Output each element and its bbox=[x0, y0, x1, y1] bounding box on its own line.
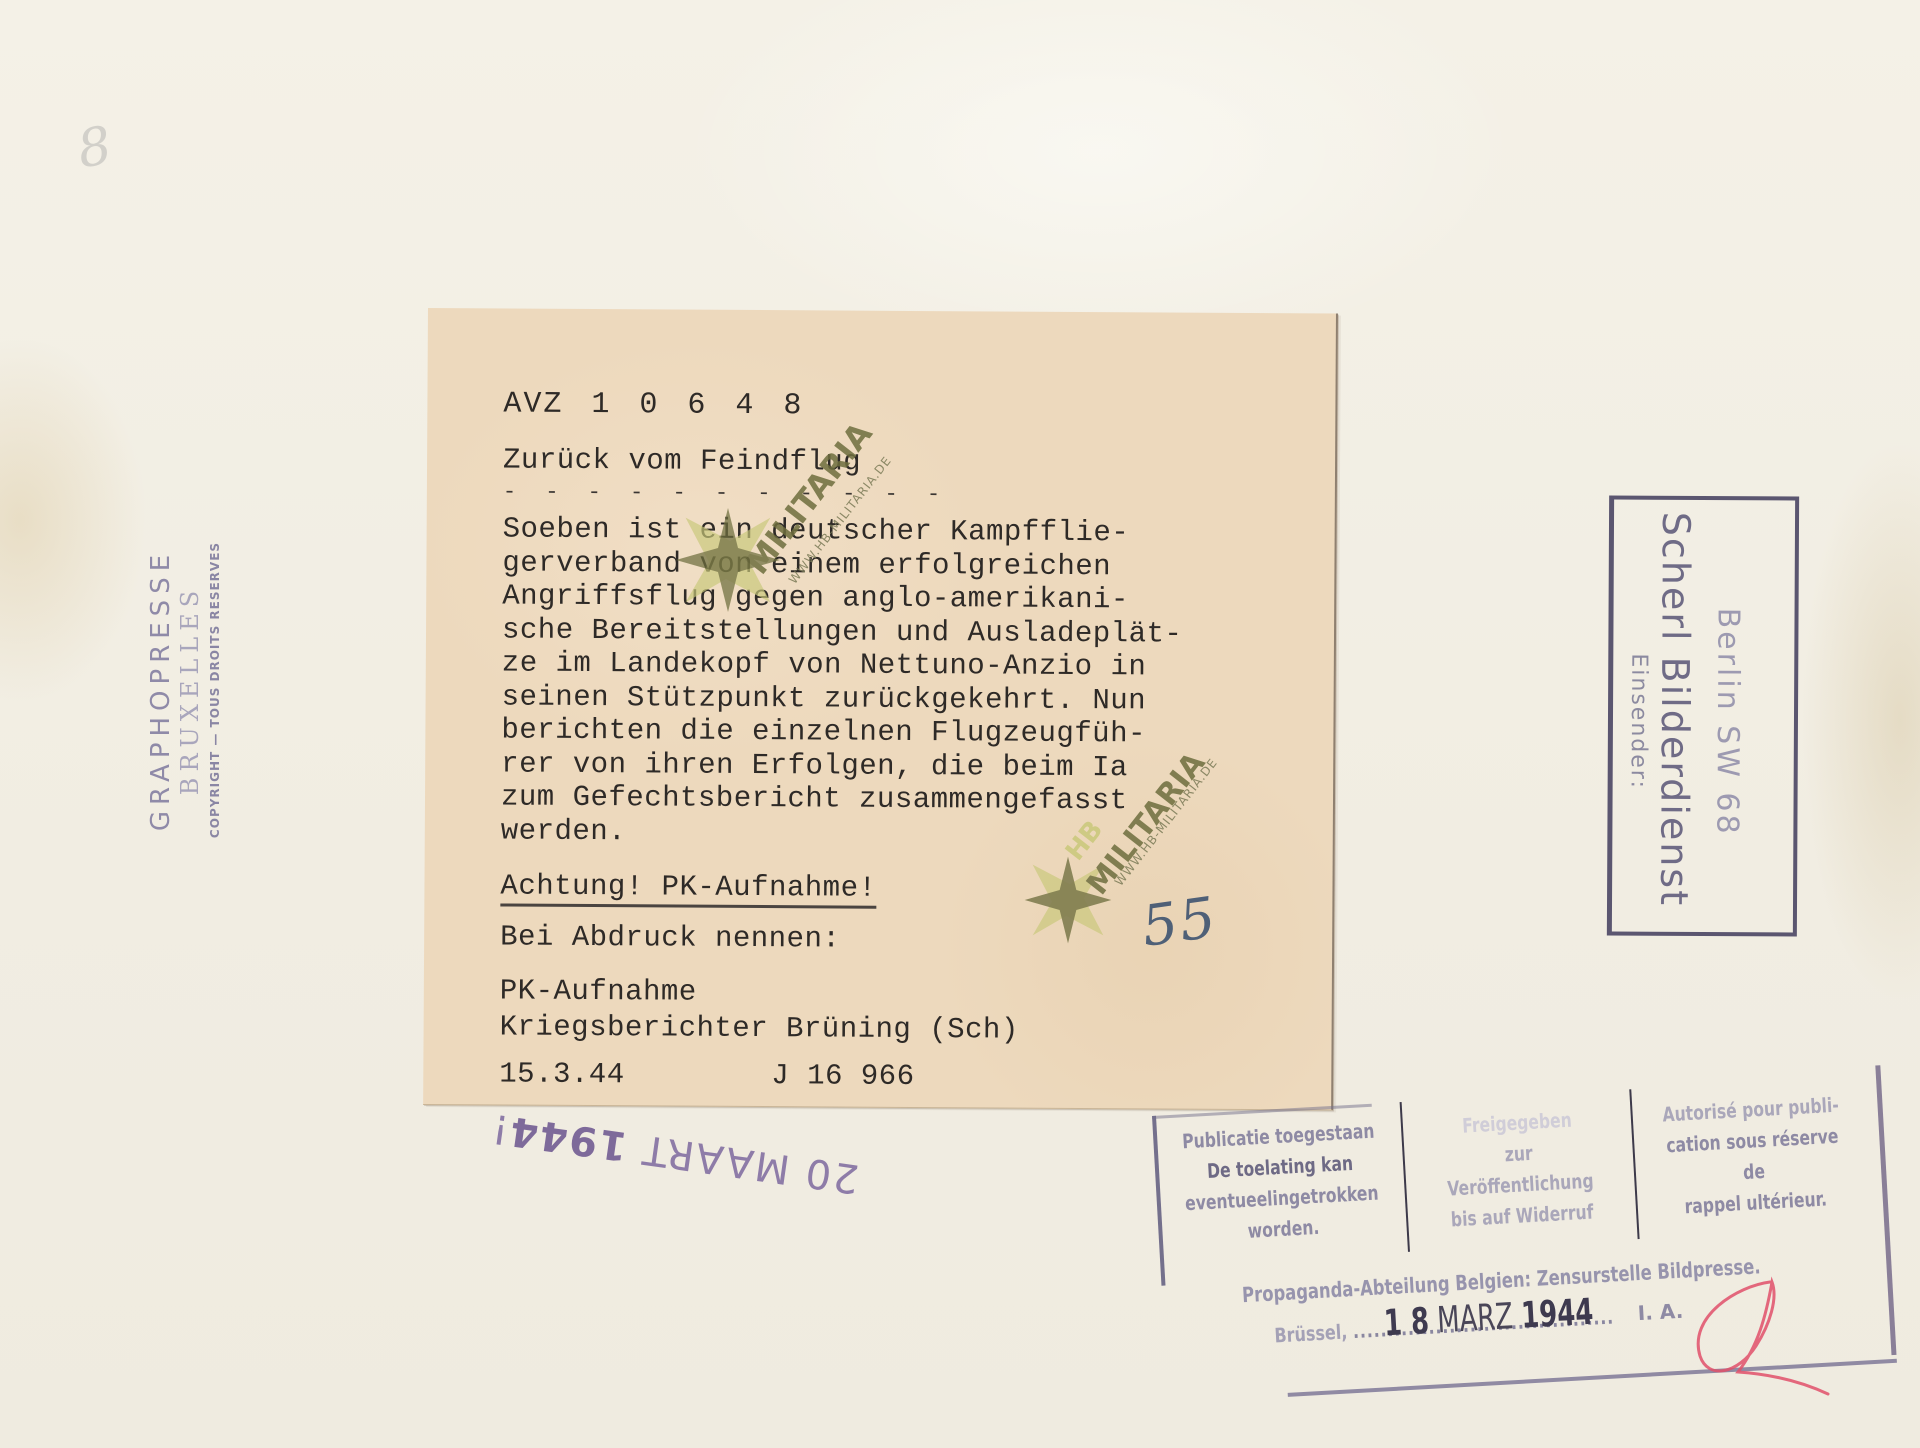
body-line: ze im Landekopf von Nettuno-Anzio in bbox=[502, 646, 1183, 684]
body-line: berichten die einzelnen Flugzeugfüh- bbox=[501, 713, 1182, 751]
stamp-border bbox=[1152, 1116, 1165, 1286]
received-year: 1944 bbox=[505, 1107, 630, 1169]
sender-stamp-content: Einsender: Scherl Bilderdienst Berlin SW… bbox=[1792, 512, 1794, 932]
sender-stamp: Einsender: Scherl Bilderdienst Berlin SW… bbox=[1607, 496, 1799, 937]
censor-line: cation sous réserve de bbox=[1658, 1120, 1848, 1192]
censor-year: 1944 bbox=[1520, 1292, 1594, 1337]
body-line: gerverband von einem erfolgreichen bbox=[502, 546, 1183, 584]
sender-label: Einsender: bbox=[1625, 512, 1652, 932]
censor-column-german: Freigegeben zur Veröffentlichung bis auf… bbox=[1427, 1103, 1611, 1237]
sender-name: Scherl Bilderdienst bbox=[1652, 512, 1698, 907]
censor-day: 1 8 bbox=[1383, 1301, 1430, 1344]
caption-date: 15.3.44 bbox=[499, 1057, 771, 1092]
body-line: Soeben ist ein deutscher Kampfflie- bbox=[503, 512, 1184, 550]
censor-month: MARZ bbox=[1436, 1296, 1514, 1341]
credit-line: PK-Aufnahme bbox=[500, 973, 1181, 1013]
received-day: 20 bbox=[801, 1148, 862, 1201]
handwritten-number: 55 bbox=[1138, 885, 1222, 960]
received-month: MAART bbox=[638, 1126, 793, 1192]
pencil-mark: 8 bbox=[73, 116, 116, 181]
signature-icon bbox=[1678, 1276, 1838, 1396]
censor-line: zur Veröffentlichung bbox=[1429, 1134, 1610, 1206]
attention-notice: Achtung! PK-Aufnahme! bbox=[500, 869, 876, 908]
signature-prefix: I. A. bbox=[1637, 1299, 1684, 1325]
body-line: zum Gefechtsbericht zusammengefasst bbox=[501, 780, 1182, 818]
caption-label: AVZ 1 0 6 4 8 Zurück vom Feindflug - - -… bbox=[423, 308, 1338, 1111]
sender-address: Berlin SW 68 bbox=[1709, 512, 1746, 932]
stamp-agency-city: BRUXELLES bbox=[176, 520, 204, 860]
stamp-copyright: COPYRIGHT — TOUS DROITS RESERVES bbox=[204, 520, 226, 860]
reference-number: AVZ 1 0 6 4 8 bbox=[503, 388, 1184, 425]
body-line: werden. bbox=[501, 814, 1182, 852]
caption-footer: 15.3.44 J 16 966 bbox=[499, 1057, 1180, 1094]
stamp-agency-name: GRAPHOPRESSE bbox=[146, 520, 176, 860]
stamp-divider bbox=[1629, 1089, 1639, 1239]
body-line: seinen Stützpunkt zurückgekehrt. Nun bbox=[502, 680, 1183, 718]
graphopresse-stamp: GRAPHOPRESSE BRUXELLES COPYRIGHT — TOUS … bbox=[146, 520, 276, 860]
negative-number: J 16 966 bbox=[771, 1059, 914, 1093]
body-line: Angriffsflug gegen anglo-amerikani- bbox=[502, 579, 1183, 617]
title-underline: - - - - - - - - - - - bbox=[503, 482, 1183, 506]
censor-column-dutch: Publicatie toegestaan De toelating kan e… bbox=[1180, 1116, 1382, 1251]
caption-title: Zurück vom Feindflug bbox=[503, 443, 1184, 480]
caption-text-block: AVZ 1 0 6 4 8 Zurück vom Feindflug - - -… bbox=[499, 388, 1184, 1094]
body-line: sche Bereitstellungen und Ausladeplät- bbox=[502, 613, 1183, 651]
body-line: rer von ihren Erfolgen, die beim Ia bbox=[501, 747, 1182, 785]
credit-line: Kriegsberichter Brüning (Sch) bbox=[499, 1009, 1180, 1049]
stamp-divider bbox=[1400, 1102, 1410, 1252]
censor-date-stamp: 1 8 MARZ 1944 bbox=[1383, 1292, 1595, 1345]
stamp-border bbox=[1875, 1065, 1896, 1355]
censor-column-french: Autorisé pour publi- cation sous réserve… bbox=[1656, 1089, 1850, 1223]
censor-place: Brüssel, bbox=[1274, 1319, 1348, 1347]
caption-body: Soeben ist ein deutscher Kampfflie-gerve… bbox=[501, 512, 1183, 851]
received-date-stamp: 20 MAART 1944! bbox=[558, 1114, 861, 1201]
credit-lines: PK-AufnahmeKriegsberichter Brüning (Sch) bbox=[499, 973, 1180, 1049]
credit-label: Bei Abdruck nennen: bbox=[500, 920, 1181, 957]
